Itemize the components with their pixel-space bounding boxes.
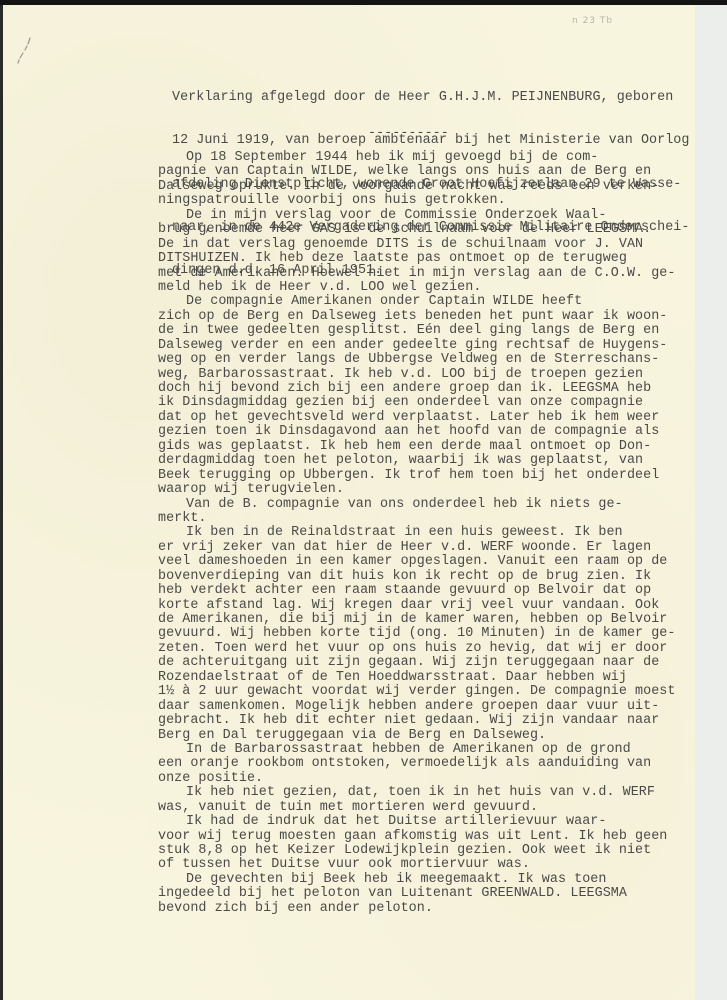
body-line: Dalseweg oprukte. In de voorgaande nacht… (158, 180, 675, 194)
body-line: stuk 8,8 op het Keizer Lodewijkplein gez… (158, 844, 675, 858)
body-line: brug genoemde heer GAS is de schuilnaam … (158, 223, 675, 237)
body-line: bovenverdieping van dit huis kon ik rech… (158, 570, 675, 584)
body-line: de Amerikanen, die bij mij in de kamer w… (158, 613, 675, 627)
body-line: de in twee gedeelten gesplitst. Eén deel… (158, 324, 675, 338)
body-line: Ik had de indruk dat het Duitse artiller… (158, 815, 675, 829)
body-line: zich op de Berg en Dalseweg iets beneden… (158, 310, 675, 324)
body-line: 1½ à 2 uur gewacht voordat wij verder gi… (158, 685, 675, 699)
body-line: of tussen het Duitse vuur ook mortiervuu… (158, 858, 675, 872)
statement-body: Op 18 September 1944 heb ik mij gevoegd … (158, 151, 675, 916)
body-line: De in dat verslag genoemde DITS is de sc… (158, 238, 675, 252)
body-line: doch hij bevond zich bij een andere groe… (158, 382, 675, 396)
margin-pencil-mark-icon (16, 36, 34, 66)
body-line: DITSHUIZEN. Ik heb deze laatste pas ontm… (158, 252, 675, 266)
body-line: was, vanuit de tuin met mortieren werd g… (158, 801, 675, 815)
body-line: onze positie. (158, 772, 675, 786)
body-line: pagnie van Captain WILDE, welke langs on… (158, 165, 675, 179)
body-line: derdagmiddag toen het peloton, waarbij i… (158, 454, 675, 468)
body-line: De gevechten bij Beek heb ik meegemaakt.… (158, 873, 675, 887)
body-line: Ik ben in de Reinaldstraat in een huis g… (158, 526, 675, 540)
body-line: korte afstand lag. Wij kregen daar vrij … (158, 599, 675, 613)
body-line: de achteruitgang uit zijn gegaan. Wij zi… (158, 656, 675, 670)
body-line: Ik heb niet gezien, dat, toen ik in het … (158, 786, 675, 800)
body-line: Rozendaelstraat of de Ten Hoeddwarsstraa… (158, 671, 675, 685)
body-line: merkt. (158, 512, 675, 526)
scanned-document: n 23 Tb Verklaring afgelegd door de Heer… (0, 0, 727, 1000)
body-line: zeten. Toen werd het vuur op ons huis zo… (158, 642, 675, 656)
body-line: Beek terugging op Ubbergen. Ik trof hem … (158, 469, 675, 483)
body-line: daar samenkomen. Mogelijk hebben andere … (158, 700, 675, 714)
body-line: weg op en verder langs de Ubbergse Veldw… (158, 353, 675, 367)
body-line: gids was geplaatst. Ik heb hem een derde… (158, 440, 675, 454)
body-line: De in mijn verslag voor de Commissie Ond… (158, 209, 675, 223)
body-line: ningspatrouille voorbij ons huis getrokk… (158, 194, 675, 208)
body-line: bevond zich bij een ander peloton. (158, 902, 675, 916)
body-line: Dalseweg verder en een ander gedeelte gi… (158, 339, 675, 353)
scan-right-margin (695, 5, 727, 1000)
body-line: gezien toen ik Dinsdagavond aan het hoof… (158, 425, 675, 439)
body-line: heb verdekt achter een raam staande gevu… (158, 584, 675, 598)
body-line: weg, Barbarossastraat. Ik heb v.d. LOO b… (158, 368, 675, 382)
body-line: gevuurd. Wij hebben korte tijd (ong. 10 … (158, 627, 675, 641)
body-line: Van de B. compagnie van ons onderdeel he… (158, 498, 675, 512)
body-line: meld heb ik de Heer v.d. LOO wel gezien. (158, 281, 675, 295)
body-line: In de Barbarossastraat hebben de Amerika… (158, 743, 675, 757)
body-line: ik Dinsdagmiddag gezien bij een onderdee… (158, 396, 675, 410)
body-line: De compagnie Amerikanen onder Captain WI… (158, 295, 675, 309)
section-divider: ---------- (368, 127, 449, 141)
archive-reference-mark: n 23 Tb (572, 16, 613, 26)
body-line: een oranje rookbom ontstoken, vermoedeli… (158, 757, 675, 771)
body-line: ingedeeld bij het peloton van Luitenant … (158, 887, 675, 901)
body-line: waarop wij terugvielen. (158, 483, 675, 497)
body-line: gebracht. Ik heb dit echter niet gedaan.… (158, 714, 675, 728)
body-line: Op 18 September 1944 heb ik mij gevoegd … (158, 151, 675, 165)
body-line: er vrij zeker van dat hier de Heer v.d. … (158, 541, 675, 555)
header-line: Verklaring afgelegd door de Heer G.H.J.M… (172, 91, 689, 105)
body-line: Berg en Dal teruggegaan via de Berg en D… (158, 729, 675, 743)
body-line: veel dameshoeden in een kamer opgeslagen… (158, 555, 675, 569)
body-line: met de Amerikanen. Hoewel niet in mijn v… (158, 267, 675, 281)
body-line: dat op het gevechtsveld werd verplaatst.… (158, 411, 675, 425)
body-line: voor wij terug moesten gaan afkomstig wa… (158, 830, 675, 844)
